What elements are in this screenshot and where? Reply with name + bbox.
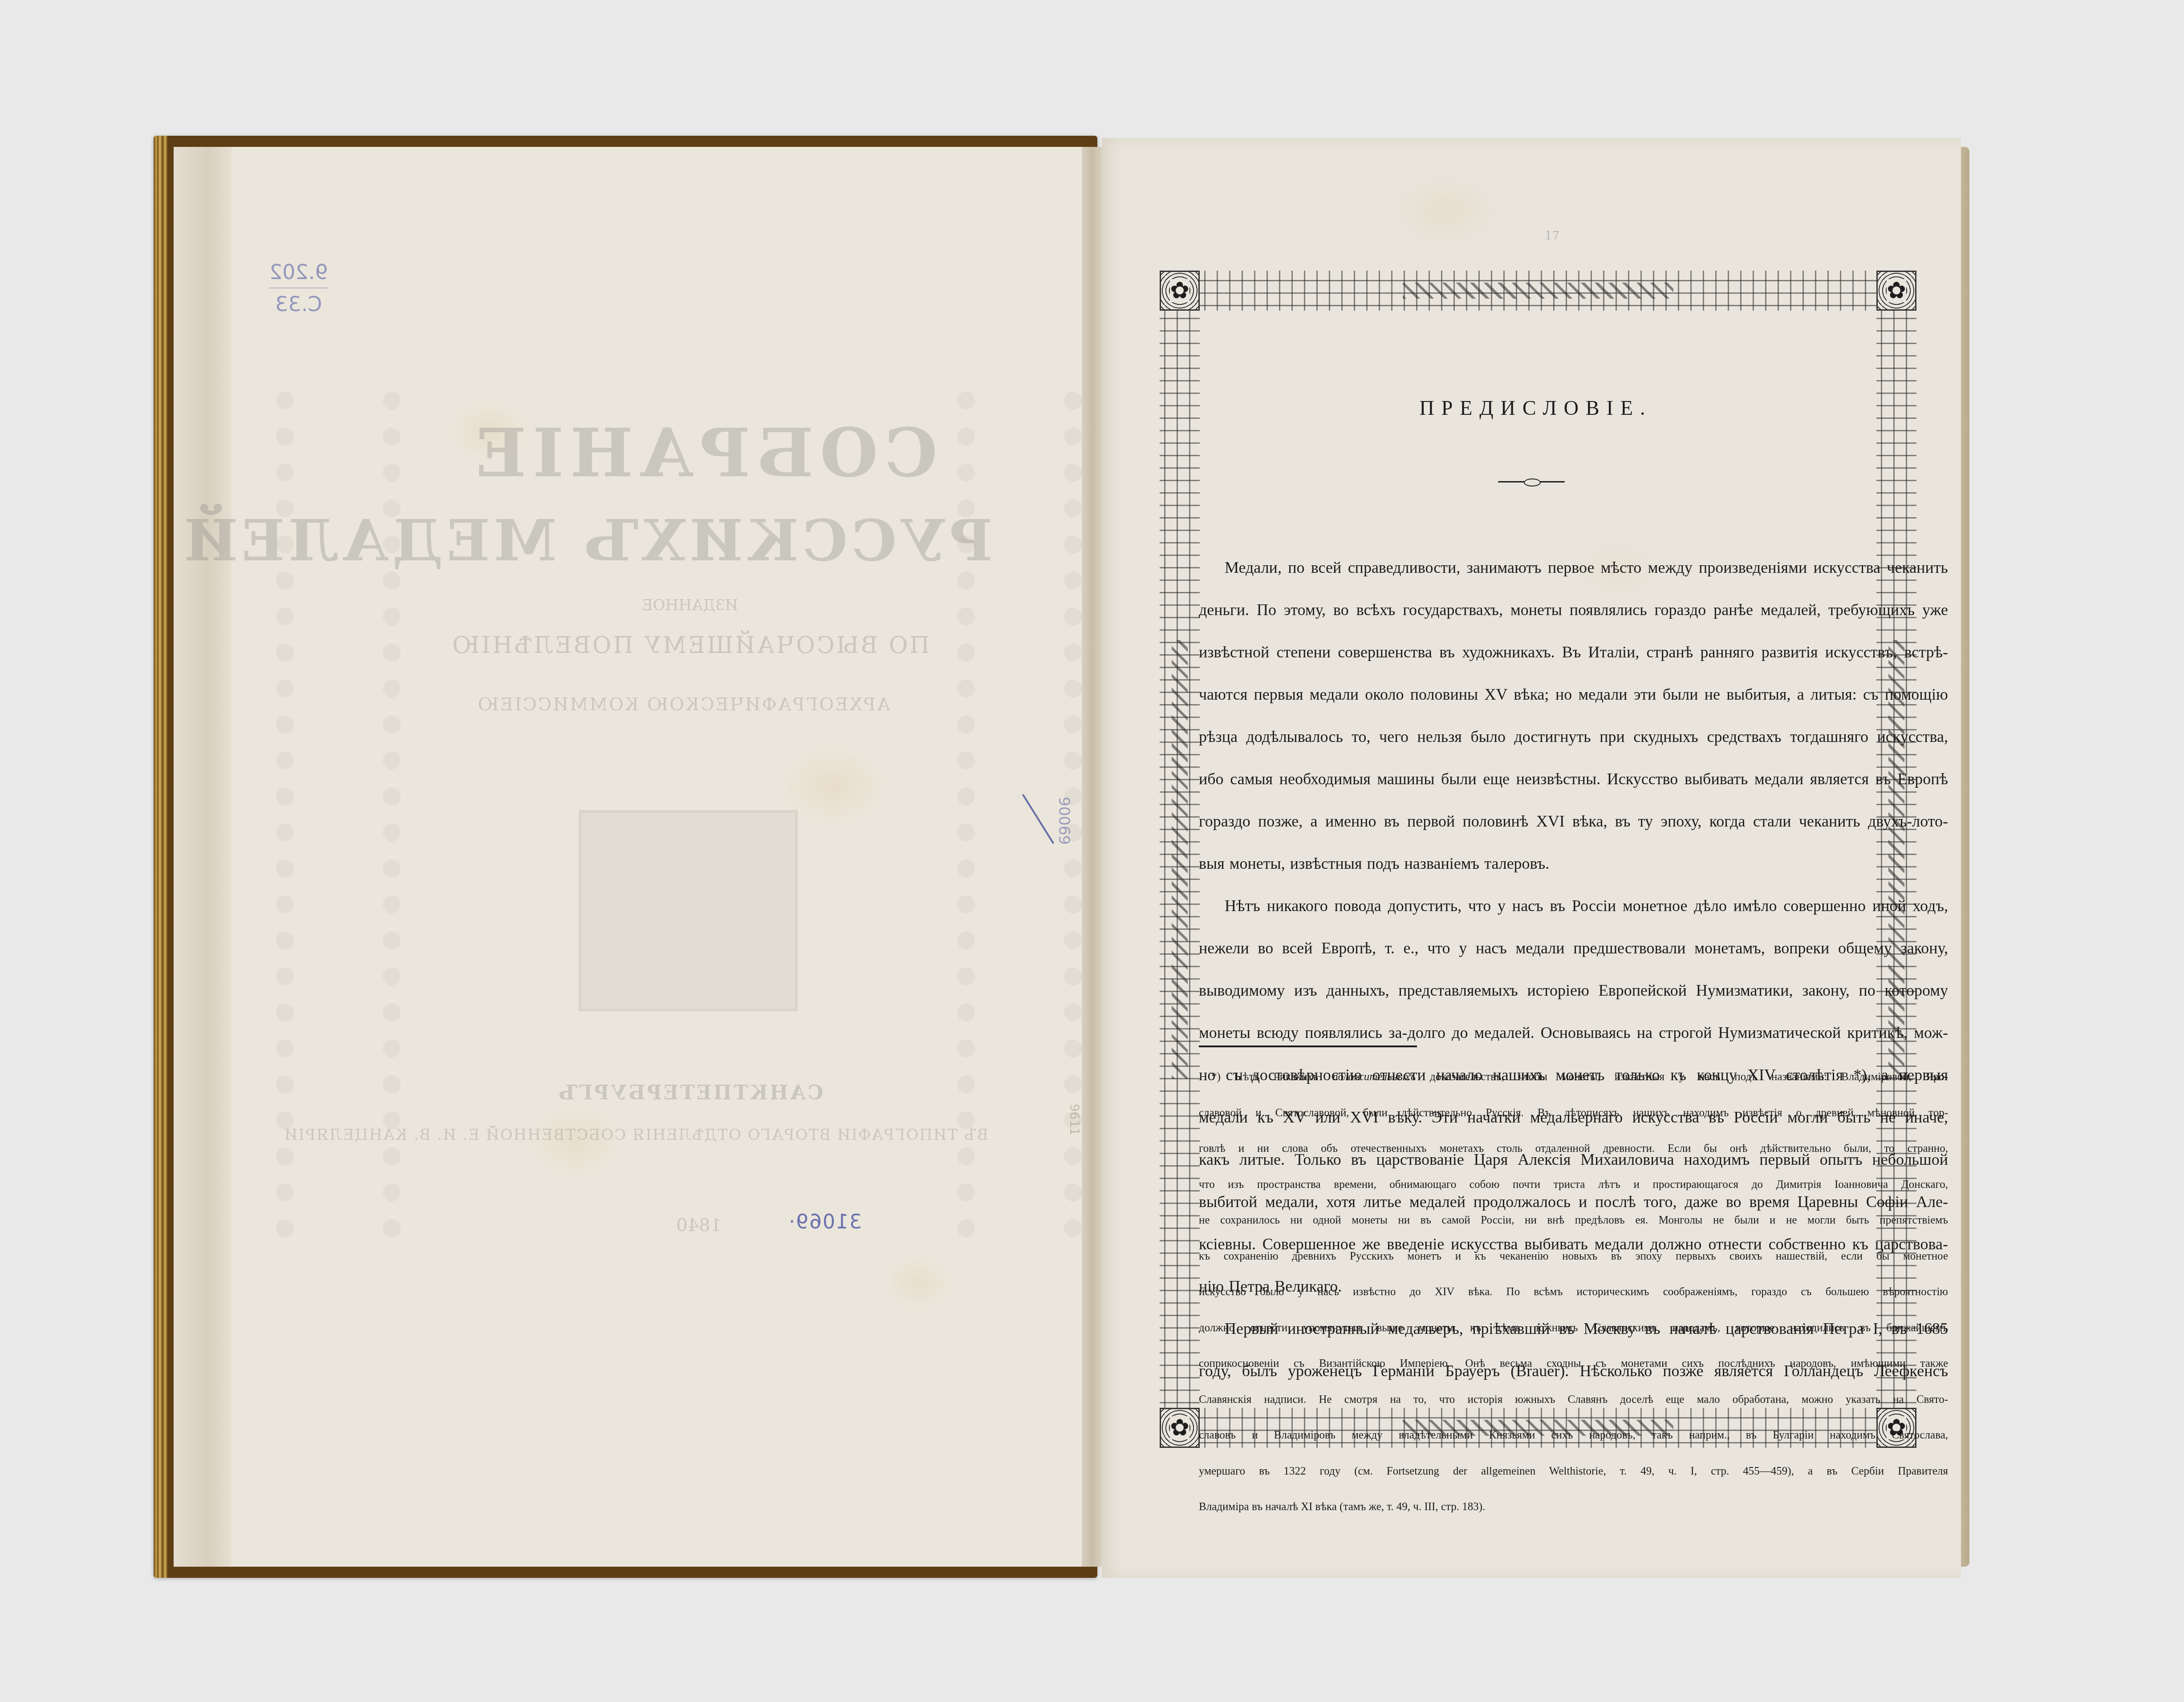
footnote-line: славовой и Святославовой, были дѣйствите… — [1199, 1095, 1948, 1131]
shelf-mark-line1: 9.202 — [269, 260, 328, 284]
show-through-title-line2: РУССКИХЪ МЕДАЛЕЙ — [325, 507, 993, 574]
border-band-top — [1200, 271, 1876, 311]
shelf-mark: 9.202 C.33 — [269, 258, 328, 318]
body-line: Нѣтъ никакого повода допустить, что у на… — [1199, 885, 1948, 927]
page-title: ПРЕДИСЛОВІЕ. — [1157, 396, 1914, 420]
rosette-icon: ✿ — [1160, 271, 1200, 311]
flourish-divider-icon — [1498, 478, 1565, 485]
footnote-line: должно отнести упомянутыя выше монеты къ… — [1199, 1310, 1948, 1346]
show-through-subtitle2: ПО ВЫСОЧАЙШЕМУ ПОВЕЛѢНІЮ — [445, 632, 935, 659]
footnote-line: славовъ и Владиміровъ между владѣтельным… — [1199, 1418, 1948, 1454]
footnote-line: къ сохраненію древнихъ Русскихъ монетъ и… — [1199, 1239, 1948, 1275]
footnote-emphasis: положительныхъ — [1332, 1071, 1416, 1083]
body-line: выя монеты, извѣстныя подъ названіемъ та… — [1199, 843, 1948, 885]
show-through-vignette — [579, 810, 798, 1011]
flyleaf-strip — [174, 147, 231, 1567]
footnote-line: умершаго въ 1322 году (см. Fortsetzung d… — [1199, 1454, 1948, 1490]
body-line: деньги. По этому, во всѣхъ государствахъ… — [1199, 589, 1948, 631]
gutter-number-mark: 90069 — [1055, 797, 1073, 845]
footnote-line: не сохранилось ни одной монеты ни въ сам… — [1199, 1203, 1948, 1239]
body-line: ибо самыя необходимыя машины были еще не… — [1199, 758, 1948, 800]
show-through-subtitle1: ИЗДАННОЕ — [579, 596, 801, 614]
show-through-printer: ВЪ ТИПОГРАФІИ ВТОРАГО ОТДѢЛЕНІЯ СОБСТВЕН… — [410, 1126, 988, 1144]
shelf-mark-line2: C.33 — [275, 292, 322, 316]
page-mark: 17 — [1545, 229, 1559, 243]
footnote-line: Владиміра въ началѣ XI вѣка (тамъ же, т.… — [1199, 1489, 1948, 1525]
show-through-city: САНКТПЕТЕРБУРГЪ — [534, 1082, 846, 1104]
body-line: извѣстной степени совершенства въ художн… — [1199, 631, 1948, 673]
gutter-pencil-mark: 9611 — [1067, 1104, 1082, 1135]
body-line: чаются первыя медали около половины XV в… — [1199, 673, 1948, 716]
show-through-title-line1: СОБРАНІЕ — [441, 414, 966, 492]
footnote-line: соприкосновеніи съ Византійскою Имперіею… — [1199, 1346, 1948, 1382]
body-line: нежели во всей Европѣ, т. е., что у насъ… — [1199, 927, 1948, 969]
body-line: гораздо позже, а именно въ первой полови… — [1199, 800, 1948, 843]
footnote-marker: *) Нѣтъ никакихъ — [1211, 1071, 1332, 1083]
inventory-stamp: 31069· — [788, 1211, 862, 1233]
rosette-icon: ✿ — [1160, 1408, 1200, 1448]
body-line: выводимому изъ данныхъ, представляемыхъ … — [1199, 969, 1948, 1012]
shelf-mark-rule — [269, 288, 328, 288]
footnote-line: искусство было у насъ извѣстно до XIV вѣ… — [1199, 1274, 1948, 1310]
border-band-left — [1160, 311, 1200, 1408]
show-through-subtitle3: АРХЕОГРАФИЧЕСКОЮ КОММИССІЕЮ — [490, 694, 890, 715]
rosette-icon: ✿ — [1876, 271, 1916, 311]
footnote-line: Славянскія надписи. Не смотря на то, что… — [1199, 1382, 1948, 1418]
footnote-line: что изъ пространства времени, обнимающаг… — [1199, 1167, 1948, 1203]
body-line: монеты всюду появлялись за-долго до меда… — [1199, 1012, 1948, 1054]
footnote-rule — [1199, 1046, 1417, 1047]
footnote-line: *) Нѣтъ никакихъ положительныхъ доказате… — [1199, 1059, 1948, 1095]
footnote-line1-rest: доказательствъ, чтобы монеты, извѣстныя … — [1416, 1071, 1948, 1083]
footnote-line: говлѣ и ни слова объ отечественныхъ моне… — [1199, 1131, 1948, 1167]
show-through-year: 1840 — [632, 1215, 766, 1236]
body-line: Медали, по всей справедливости, занимают… — [1199, 547, 1948, 589]
body-line: рѣзца додѣлывалось то, чего нельзя было … — [1199, 716, 1948, 758]
footnote: *) Нѣтъ никакихъ положительныхъ доказате… — [1199, 1059, 1948, 1525]
